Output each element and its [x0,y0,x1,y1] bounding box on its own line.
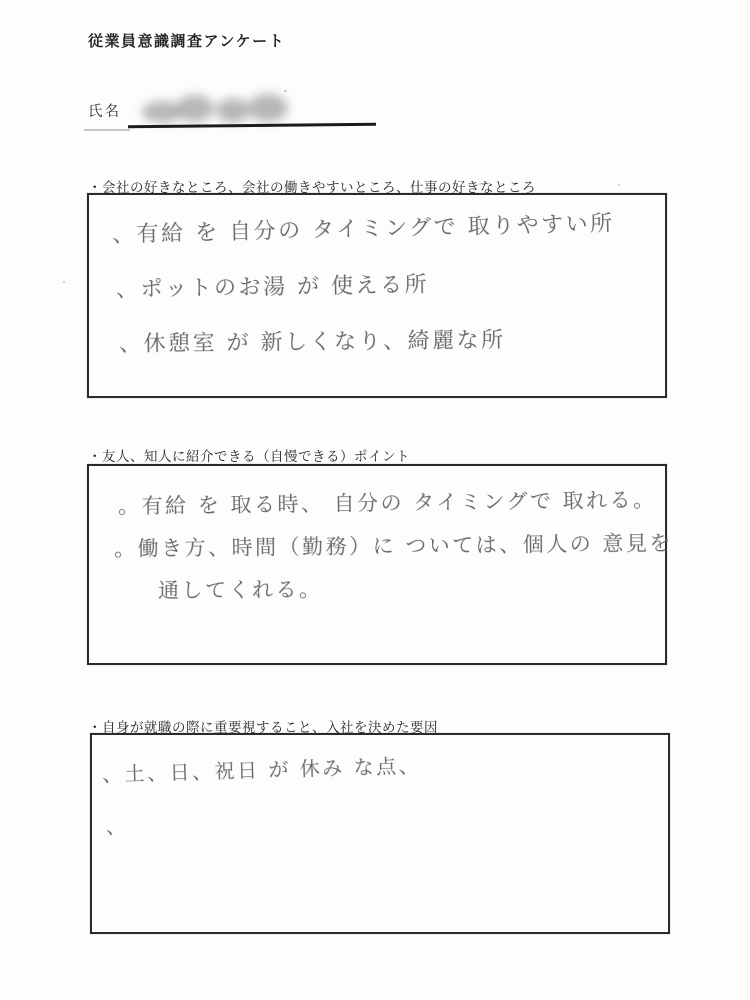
handwritten-answer: 通してくれる。 [158,573,323,604]
handwritten-answer: 、 [106,810,129,839]
name-field-label: 氏名 [88,100,121,121]
redacted-name-blur [140,93,292,125]
handwritten-answer: 、ポットのお湯 が 使える所 [116,268,429,304]
section-2-label: ・友人、知人に紹介できる（自慢できる）ポイント [88,445,410,465]
scan-speck [284,90,287,92]
scan-artifact-line [84,129,130,131]
scan-speck [479,183,481,185]
scan-speck [63,281,65,283]
scan-speck [618,184,620,186]
scanned-survey-page: 従業員意識調査アンケート 氏名 ・会社の好きなところ、会社の働きやすいところ、仕… [0,0,750,1000]
page-title: 従業員意識調査アンケート [88,30,285,51]
handwritten-answer: 、休憩室 が 新しくなり、綺麗な所 [119,323,506,358]
handwritten-answer: 。働き方、時間（勤務）に ついては、個人の 意見を [114,527,673,563]
